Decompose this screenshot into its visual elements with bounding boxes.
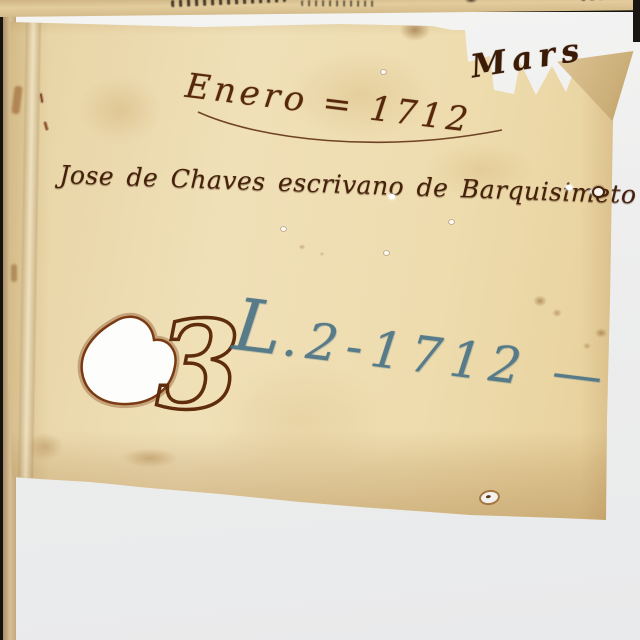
illegible-script-marks (458, 0, 484, 5)
ink-spot-hole (592, 186, 605, 198)
paper-speck (381, 70, 386, 74)
illegible-script-marks (301, 0, 376, 7)
background-corner (633, 0, 640, 42)
paper-speck (449, 220, 454, 224)
edge-damage-mark (43, 121, 50, 132)
pierced-numeral: 3 (156, 298, 241, 428)
ink-flourish-underline (190, 100, 520, 160)
paper-speck (384, 251, 389, 255)
manuscript-photo: Enero = 1712 Mars Jose de Chaves escriva… (0, 0, 640, 640)
shiny-ink-glint (389, 194, 395, 199)
edge-stain (11, 264, 17, 282)
paper-speck (281, 227, 286, 231)
illegible-script-marks (171, 0, 286, 7)
edge-stain (11, 86, 22, 115)
illegible-script-marks (581, 0, 623, 1)
shiny-ink-glint (566, 185, 572, 190)
edge-damage-mark (39, 92, 45, 104)
